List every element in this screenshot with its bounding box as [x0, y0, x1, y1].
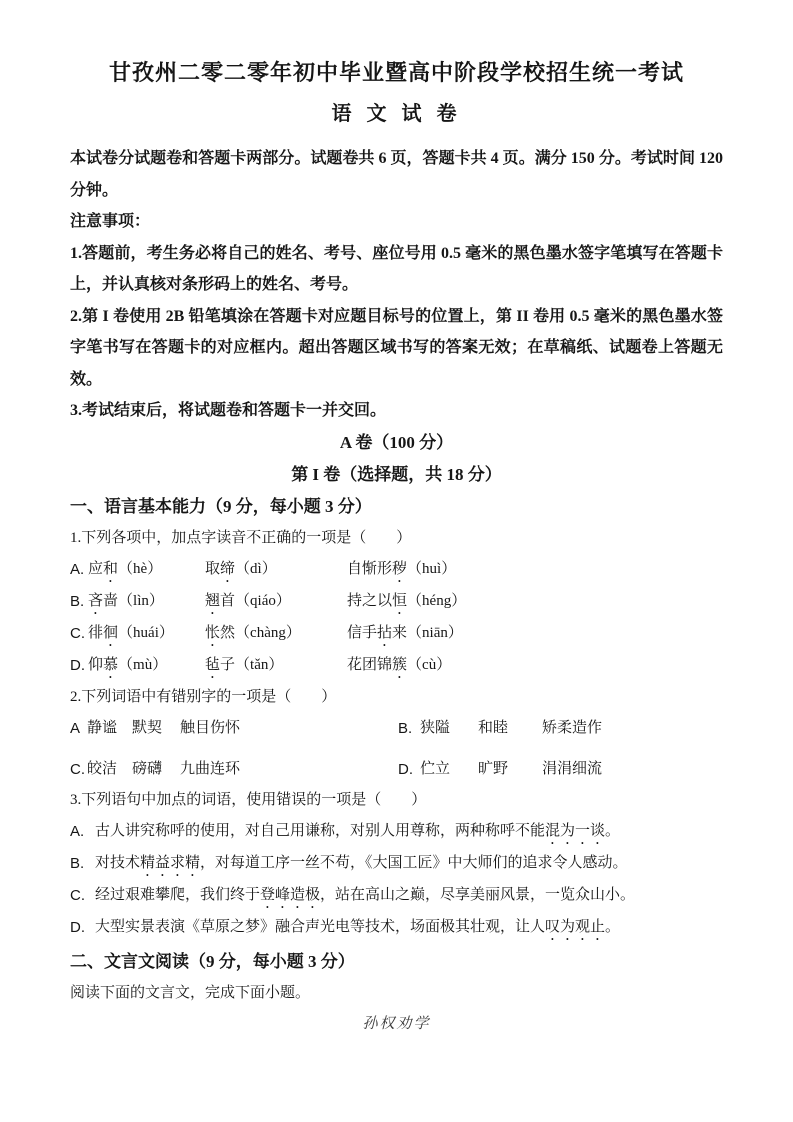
option-word: 磅礴 — [132, 754, 180, 785]
part-one-heading: 第 I 卷（选择题，共 18 分） — [70, 459, 723, 491]
section-one-heading: 一、语言基本能力（9 分，每小题 3 分） — [70, 491, 723, 523]
option-label-a: A — [70, 713, 87, 744]
option-word: 伫立 — [420, 754, 478, 785]
question-2-option-a: A 静谧 默契 触目伤怀 — [70, 713, 398, 744]
exam-paper-page: 甘孜州二零二零年初中毕业暨高中阶段学校招生统一考试 语 文 试 卷 本试卷分试题… — [0, 0, 793, 1122]
option-word: 狭隘 — [420, 713, 478, 744]
question-3-option-b: B. 对技术精益求精，对每道工序一丝不苟，《大国工匠》中大师们的追求令人感动。 — [70, 848, 723, 880]
option-word: 取缔（dì） — [205, 554, 347, 586]
option-word: 涓涓细流 — [542, 754, 602, 785]
passage-title: 孙权劝学 — [70, 1009, 723, 1040]
option-label-c: C. — [70, 880, 95, 912]
option-label-a: A. — [70, 816, 95, 848]
option-word: 默契 — [132, 713, 180, 744]
option-word: 静谧 — [87, 713, 132, 744]
notice-heading: 注意事项： — [70, 206, 723, 238]
question-2-option-d: D. 伫立 旷野 涓涓细流 — [398, 754, 602, 785]
option-text: 古人讲究称呼的使用，对自己用谦称，对别人用尊称，两种称呼不能混为一谈。 — [95, 816, 723, 848]
option-word: 触目伤怀 — [180, 713, 398, 744]
question-2-option-b: B. 狭隘 和睦 矫柔造作 — [398, 713, 602, 744]
option-word: 持之以恒（héng） — [347, 586, 723, 618]
question-2-stem: 2.下列词语中有错别字的一项是（ ） — [70, 682, 723, 713]
option-word: 徘徊（huái） — [88, 618, 205, 650]
option-word: 矫柔造作 — [542, 713, 602, 744]
exam-title: 甘孜州二零二零年初中毕业暨高中阶段学校招生统一考试 — [70, 58, 723, 88]
option-text: 经过艰难攀爬，我们终于登峰造极，站在高山之巅，尽享美丽风景，一览众山小。 — [95, 880, 723, 912]
option-label-c: C. — [70, 618, 88, 650]
option-label-b: B. — [70, 586, 88, 618]
question-1-row-a: A. 应和（hè） 取缔（dì） 自惭形秽（huì） — [70, 554, 723, 586]
notice-item-3: 3.考试结束后，将试题卷和答题卡一并交回。 — [70, 395, 723, 427]
question-2-row-2: C. 皎洁 磅礴 九曲连环 D. 伫立 旷野 涓涓细流 — [70, 754, 723, 785]
question-1-row-c: C. 徘徊（huái） 怅然（chàng） 信手拈来（niān） — [70, 618, 723, 650]
option-word: 应和（hè） — [88, 554, 205, 586]
option-word: 信手拈来（niān） — [347, 618, 723, 650]
option-label-d: D. — [398, 754, 420, 785]
question-3-option-c: C. 经过艰难攀爬，我们终于登峰造极，站在高山之巅，尽享美丽风景，一览众山小。 — [70, 880, 723, 912]
option-word: 九曲连环 — [180, 754, 398, 785]
option-word: 旷野 — [478, 754, 542, 785]
option-word: 自惭形秽（huì） — [347, 554, 723, 586]
option-word: 吝啬（lìn） — [88, 586, 205, 618]
question-3-option-a: A. 古人讲究称呼的使用，对自己用谦称，对别人用尊称，两种称呼不能混为一谈。 — [70, 816, 723, 848]
option-word: 皎洁 — [87, 754, 132, 785]
question-2-row-1: A 静谧 默契 触目伤怀 B. 狭隘 和睦 矫柔造作 — [70, 713, 723, 744]
question-3-stem: 3.下列语句中加点的词语，使用错误的一项是（ ） — [70, 785, 723, 816]
question-2-option-c: C. 皎洁 磅礴 九曲连环 — [70, 754, 398, 785]
question-1-row-b: B. 吝啬（lìn） 翘首（qiáo） 持之以恒（héng） — [70, 586, 723, 618]
question-1-row-d: D. 仰慕（mù） 毡子（tǎn） 花团锦簇（cù） — [70, 650, 723, 682]
option-label-d: D. — [70, 650, 88, 682]
option-text: 对技术精益求精，对每道工序一丝不苟，《大国工匠》中大师们的追求令人感动。 — [95, 848, 723, 880]
option-word: 和睦 — [478, 713, 542, 744]
exam-intro: 本试卷分试题卷和答题卡两部分。试题卷共 6 页，答题卡共 4 页。满分 150 … — [70, 143, 723, 206]
option-label-b: B. — [70, 848, 95, 880]
option-label-d: D. — [70, 912, 95, 944]
section-two-heading: 二、文言文阅读（9 分，每小题 3 分） — [70, 946, 723, 978]
exam-subtitle: 语 文 试 卷 — [70, 100, 723, 128]
option-word: 怅然（chàng） — [205, 618, 347, 650]
question-3-option-d: D. 大型实景表演《草原之梦》融合声光电等技术，场面极其壮观，让人叹为观止。 — [70, 912, 723, 944]
option-label-b: B. — [398, 713, 420, 744]
option-label-a: A. — [70, 554, 88, 586]
notice-item-2: 2.第 I 卷使用 2B 铅笔填涂在答题卡对应题目标号的位置上，第 II 卷用 … — [70, 301, 723, 396]
option-word: 翘首（qiáo） — [205, 586, 347, 618]
option-word: 花团锦簇（cù） — [347, 650, 723, 682]
reading-prompt: 阅读下面的文言文，完成下面小题。 — [70, 978, 723, 1009]
option-word: 毡子（tǎn） — [205, 650, 347, 682]
option-word: 仰慕（mù） — [88, 650, 205, 682]
question-1-stem: 1.下列各项中，加点字读音不正确的一项是（ ） — [70, 523, 723, 554]
option-label-c: C. — [70, 754, 87, 785]
volume-a-heading: A 卷（100 分） — [70, 427, 723, 459]
notice-item-1: 1.答题前，考生务必将自己的姓名、考号、座位号用 0.5 毫米的黑色墨水签字笔填… — [70, 238, 723, 301]
option-text: 大型实景表演《草原之梦》融合声光电等技术，场面极其壮观，让人叹为观止。 — [95, 912, 723, 944]
